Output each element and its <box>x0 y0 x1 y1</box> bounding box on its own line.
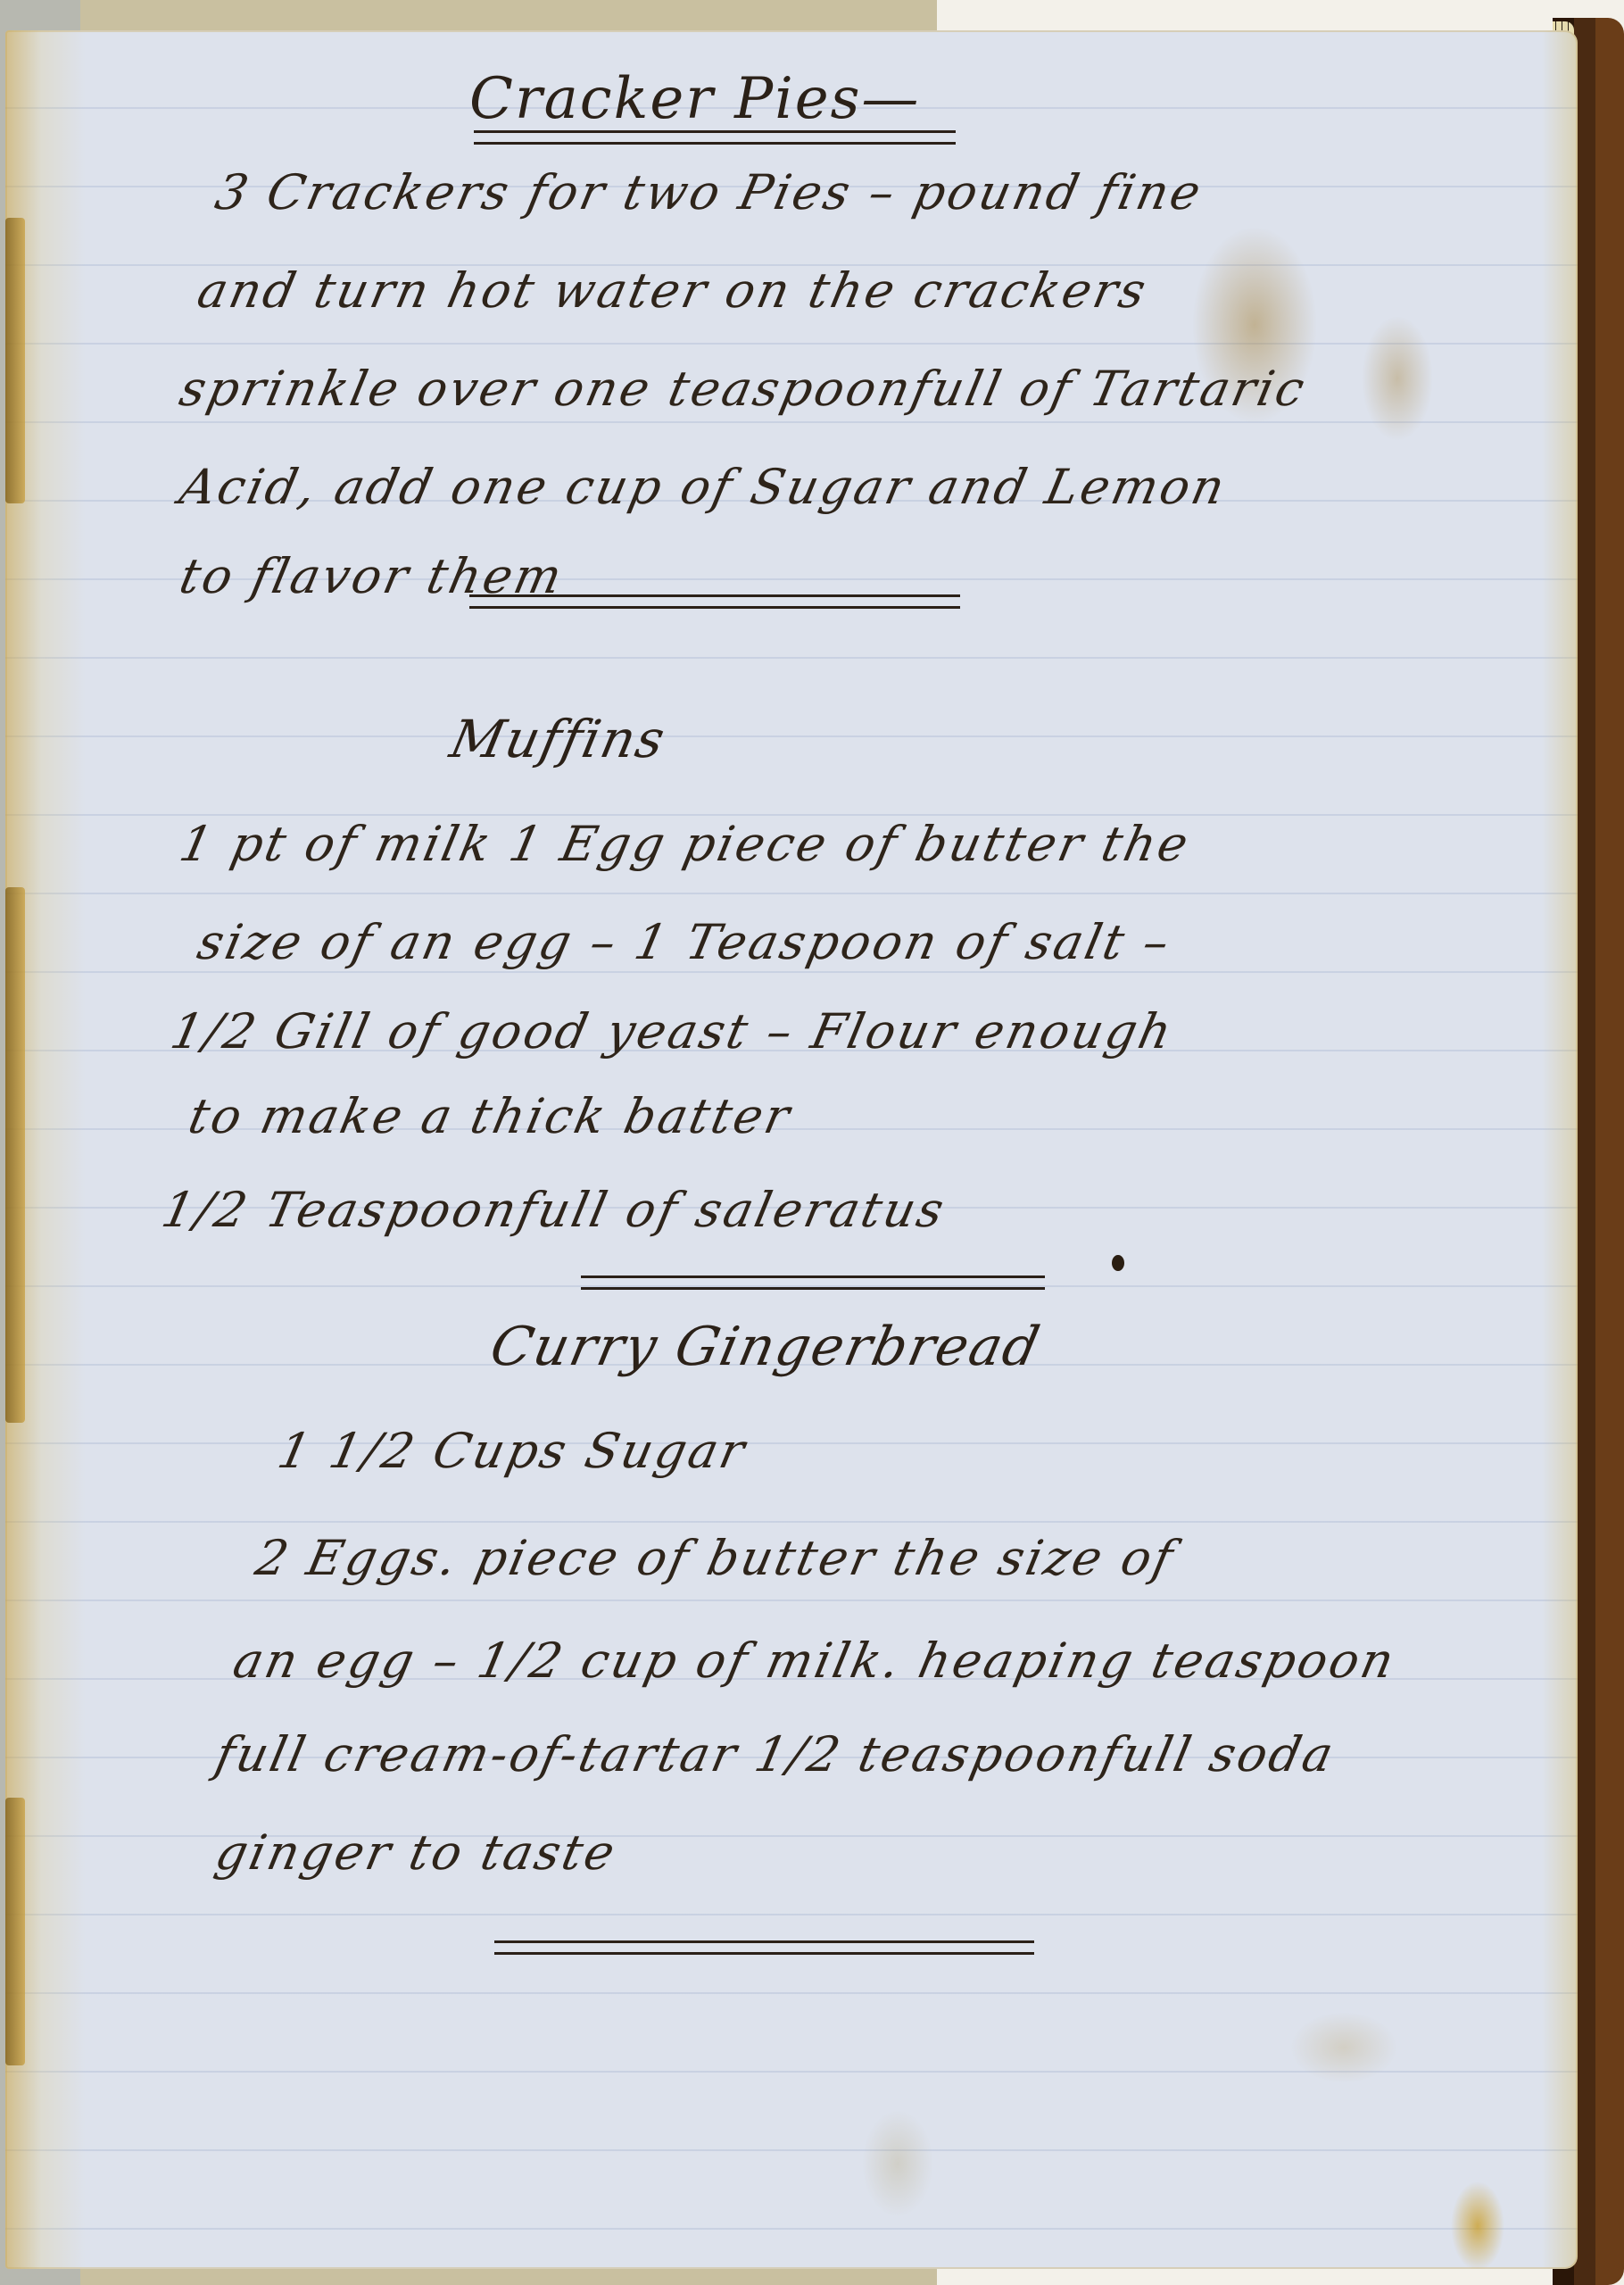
scanned-notebook: Cracker Pies— 3 Crackers for two Pies – … <box>0 0 1624 2285</box>
section-divider <box>469 594 960 609</box>
section-divider <box>581 1275 1045 1290</box>
recipe-line: Acid, add one cup of Sugar and Lemon <box>175 459 1232 515</box>
notebook-page: Cracker Pies— 3 Crackers for two Pies – … <box>5 30 1578 2269</box>
recipe-line: 1 pt of milk 1 Egg piece of butter the <box>175 816 1196 872</box>
ink-blot <box>1112 1255 1124 1271</box>
recipe-line: 2 Eggs. piece of butter the size of <box>251 1530 1181 1586</box>
recipe-line: 1/2 Gill of good yeast – Flour enough <box>166 1003 1179 1059</box>
recipe-line: an egg – 1/2 cup of milk. heaping teaspo… <box>228 1633 1401 1689</box>
recipe-title: Cracker Pies— <box>469 66 920 132</box>
recipe-line: to make a thick batter <box>184 1088 797 1144</box>
recipe-line: sprinkle over one teaspoonfull of Tartar… <box>175 361 1312 417</box>
recipe-line: ginger to taste <box>211 1824 622 1881</box>
margin-stain <box>5 218 25 503</box>
section-divider <box>494 1940 1034 1955</box>
recipe-line: 1 1/2 Cups Sugar <box>273 1423 752 1479</box>
recipe-line: and turn hot water on the crackers <box>193 262 1153 319</box>
recipe-title: Curry Gingerbread <box>485 1316 1047 1378</box>
recipe-line: 1/2 Teaspoonfull of saleratus <box>157 1182 951 1238</box>
recipe-line: 3 Crackers for two Pies – pound fine <box>211 164 1208 220</box>
margin-stain <box>5 1798 25 2065</box>
recipe-line: full cream-of-tartar 1/2 teaspoonfull so… <box>211 1726 1340 1782</box>
recipe-line: size of an egg – 1 Teaspoon of salt – <box>193 914 1177 970</box>
title-underline <box>474 130 956 145</box>
recipe-title: Muffins <box>445 709 672 769</box>
margin-stain <box>5 887 25 1423</box>
